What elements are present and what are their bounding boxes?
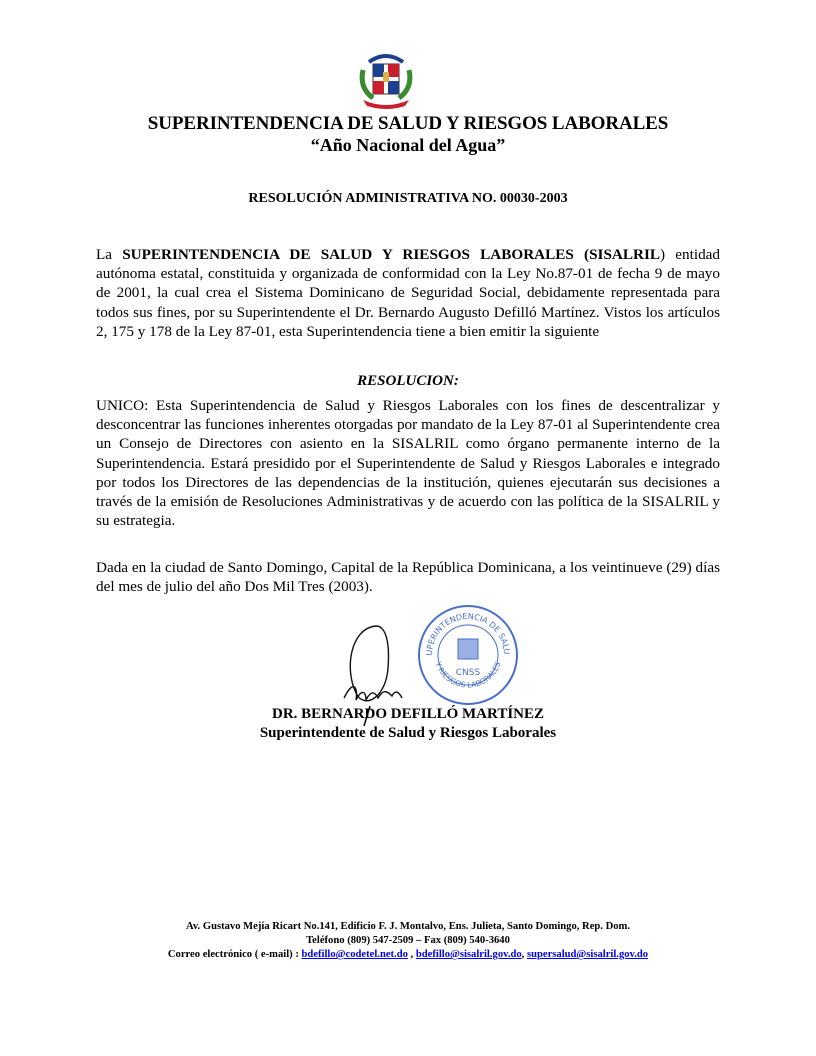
footer-email-line: Correo electrónico ( e-mail) : bdefillo@… <box>0 948 816 962</box>
footer-address: Av. Gustavo Mejía Ricart No.141, Edifici… <box>0 920 816 934</box>
unico-paragraph: UNICO: Esta Superintendencia de Salud y … <box>96 396 720 530</box>
svg-text:CNSS: CNSS <box>456 668 481 678</box>
footer-phone: Teléfono (809) 547-2509 – Fax (809) 540-… <box>0 934 816 948</box>
email-link-bdefillo-sisalril[interactable]: bdefillo@sisalril.gov.do <box>416 949 522 960</box>
resolution-title: RESOLUCIÓN ADMINISTRATIVA NO. 00030-2003 <box>0 191 816 207</box>
document-page: SUPERINTENDENCIA DE SALUD Y RIESGOS LABO… <box>0 0 816 1056</box>
given-paragraph: Dada en la ciudad de Santo Domingo, Capi… <box>96 558 720 596</box>
official-stamp-icon: SUPERINTENDENCIA DE SALUD Y RIESGOS LABO… <box>416 603 520 707</box>
email-link-codetel[interactable]: bdefillo@codetel.net.do <box>302 949 408 960</box>
organization-title: SUPERINTENDENCIA DE SALUD Y RIESGOS LABO… <box>0 113 816 135</box>
intro-paragraph: La SUPERINTENDENCIA DE SALUD Y RIESGOS L… <box>96 245 720 341</box>
email-label: Correo electrónico ( e-mail) : <box>168 949 302 960</box>
signer-name: DR. BERNARDO DEFILLÓ MARTÍNEZ <box>0 706 816 723</box>
resolucion-heading: RESOLUCION: <box>0 373 816 390</box>
footer: Av. Gustavo Mejía Ricart No.141, Edifici… <box>0 920 816 962</box>
signer-title: Superintendente de Salud y Riesgos Labor… <box>0 725 816 742</box>
year-motto: “Año Nacional del Agua” <box>0 135 816 156</box>
intro-organization: SUPERINTENDENCIA DE SALUD Y RIESGOS LABO… <box>122 246 660 263</box>
separator: , <box>408 949 416 960</box>
email-link-supersalud[interactable]: supersalud@sisalril.gov.do <box>527 949 648 960</box>
intro-lead: La <box>96 246 122 263</box>
coat-of-arms-icon <box>355 48 417 110</box>
